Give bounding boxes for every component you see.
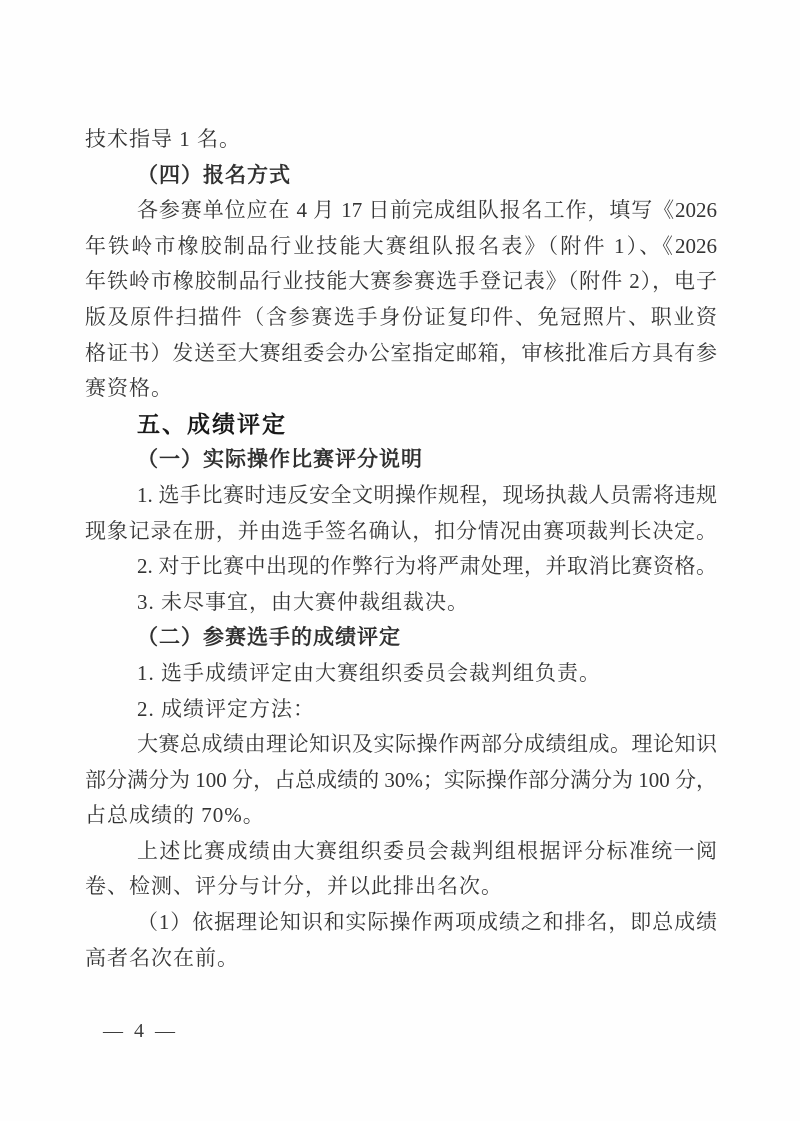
text-line: 格证书）发送至大赛组委会办公室指定邮箱，审核批准后方具有参 [85,336,717,372]
text-line: 年铁岭市橡胶制品行业技能大赛参赛选手登记表》（附件 2），电子 [85,264,717,300]
document-body: 技术指导 1 名。（四）报名方式各参赛单位应在 4 月 17 日前完成组队报名工… [85,122,717,976]
text-line: 1. 选手比赛时违反安全文明操作规程，现场执裁人员需将违规 [85,478,717,514]
text-line: 1. 选手成绩评定由大赛组织委员会裁判组负责。 [85,656,717,692]
text-line: （一）实际操作比赛评分说明 [85,442,717,478]
text-line: 现象记录在册，并由选手签名确认，扣分情况由赛项裁判长决定。 [85,514,717,550]
text-line: 3. 未尽事宜，由大赛仲裁组裁决。 [85,585,717,621]
text-line: 各参赛单位应在 4 月 17 日前完成组队报名工作，填写《2026 [85,193,717,229]
text-line: 卷、检测、评分与计分，并以此排出名次。 [85,869,717,905]
text-line: 大赛总成绩由理论知识及实际操作两部分成绩组成。理论知识 [85,727,717,763]
text-line: 部分满分为 100 分，占总成绩的 30%；实际操作部分满分为 100 分， [85,763,717,799]
text-line: 上述比赛成绩由大赛组织委员会裁判组根据评分标准统一阅 [85,834,717,870]
text-line: 高者名次在前。 [85,941,717,977]
text-line: 技术指导 1 名。 [85,122,717,158]
text-line: （二）参赛选手的成绩评定 [85,620,717,656]
text-line: 占总成绩的 70%。 [85,798,717,834]
text-line: （四）报名方式 [85,158,717,194]
text-line: 年铁岭市橡胶制品行业技能大赛组队报名表》（附件 1）、《2026 [85,229,717,265]
text-line: 版及原件扫描件（含参赛选手身份证复印件、免冠照片、职业资 [85,300,717,336]
text-line: 五、成绩评定 [85,407,717,443]
text-line: 2. 对于比赛中出现的作弊行为将严肃处理，并取消比赛资格。 [85,549,717,585]
page-number: — 4 — [103,1020,178,1043]
text-line: 2. 成绩评定方法： [85,692,717,728]
text-line: （1）依据理论知识和实际操作两项成绩之和排名，即总成绩 [85,905,717,941]
text-line: 赛资格。 [85,371,717,407]
document-page: 技术指导 1 名。（四）报名方式各参赛单位应在 4 月 17 日前完成组队报名工… [0,0,800,1121]
